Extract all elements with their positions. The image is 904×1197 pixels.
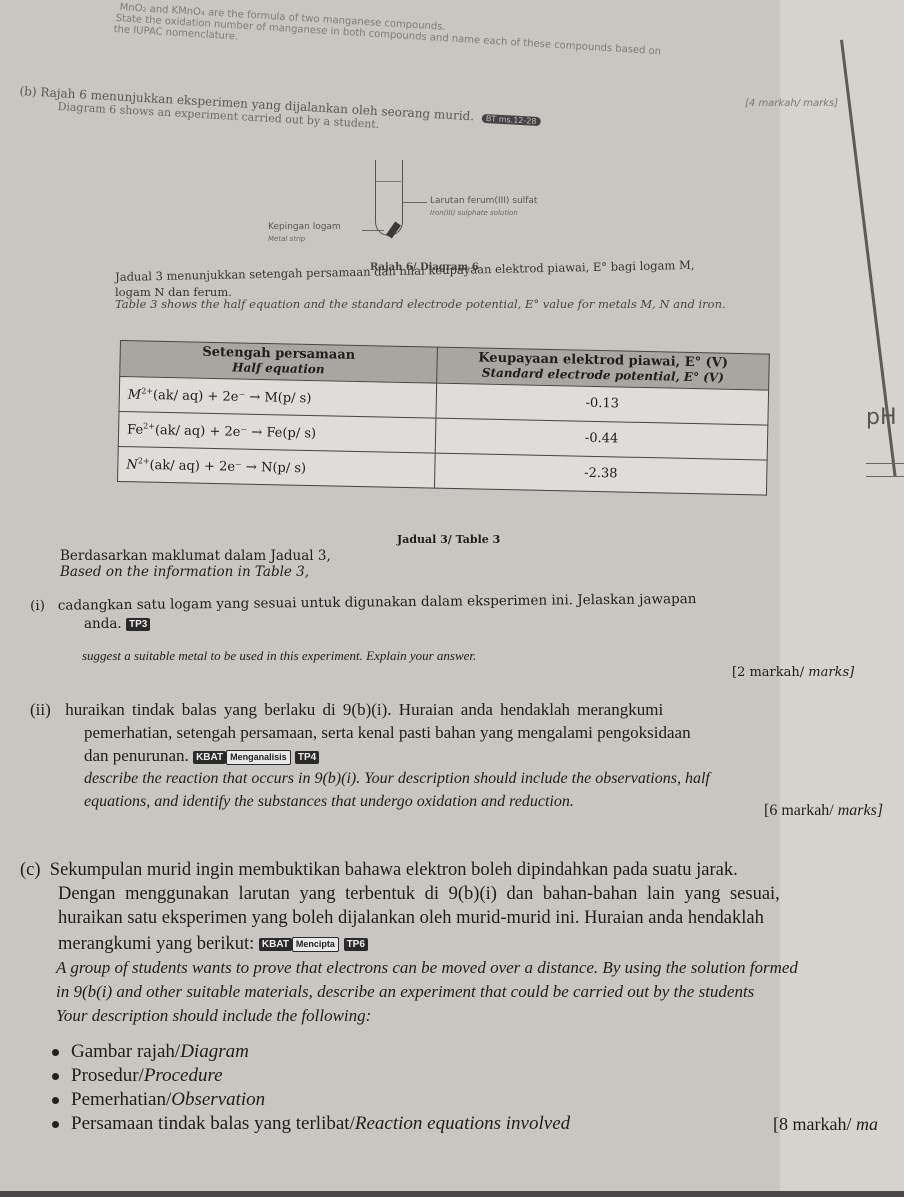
table-caption: Jadual 3/ Table 3: [397, 533, 500, 546]
question-ii-en-cont: equations, and identify the substances t…: [84, 793, 574, 811]
part-c-marks: [8 markah/ ma: [773, 1114, 878, 1135]
table-intro-en: Table 3 shows the half equation and the …: [115, 297, 726, 311]
kbat-badge: KBAT: [259, 938, 292, 951]
solution-label-ms: Larutan ferum(III) sulfat: [430, 196, 537, 206]
part-b-label: (b): [19, 84, 37, 99]
list-item: Prosedur/ Procedure: [52, 1064, 570, 1088]
bullet-icon: [52, 1121, 59, 1128]
question-i: (i) cadangkan satu logam yang sesuai unt…: [30, 591, 697, 614]
part-c: (c) Sekumpulan murid ingin membuktikan b…: [20, 860, 738, 881]
question-i-label: (i): [30, 598, 45, 614]
bullet-icon: [52, 1073, 59, 1080]
skill-badge: Menganalisis: [226, 750, 291, 765]
skill-badge: Mencipta: [292, 937, 339, 952]
background-sheet: [780, 0, 904, 1197]
bullet-icon: [52, 1097, 59, 1104]
question-ii-en: describe the reaction that occurs in 9(b…: [84, 770, 710, 788]
page-ref-badge: BT ms.12-28: [482, 114, 541, 126]
list-item: Pemerhatian/Observation: [52, 1088, 570, 1112]
part-c-en: Your description should include the foll…: [56, 1006, 371, 1026]
solution-label-en: Iron(III) sulphate solution: [430, 209, 518, 217]
bullet-icon: [52, 1049, 59, 1056]
question-ii-marks: [6 markah/ marks]: [764, 802, 883, 820]
strip-pointer: [362, 230, 384, 231]
part-c-ms: Dengan menggunakan larutan yang terbentu…: [58, 884, 780, 905]
kbat-badge: KBAT: [193, 751, 226, 764]
question-ii: (ii) huraikan tindak balas yang berlaku …: [30, 700, 663, 720]
background-scribble: pH: [866, 405, 897, 430]
question-ii-ms: pemerhatian, setengah persamaan, serta k…: [84, 723, 691, 743]
half-equation-cell: N2+(ak/ aq) + 2e⁻ → N(p/ s): [118, 446, 436, 488]
background-rule: [866, 463, 904, 464]
tp4-badge: TP4: [295, 751, 319, 764]
based-on-en: Based on the information in Table 3,: [60, 564, 309, 580]
part-c-en: A group of students wants to prove that …: [56, 958, 798, 978]
tp6-badge: TP6: [344, 938, 368, 951]
prior-question-marks: [4 markah/ marks]: [745, 98, 838, 109]
solution-pointer: [403, 202, 427, 203]
question-i-ms: cadangkan satu logam yang sesuai untuk d…: [58, 591, 697, 614]
based-on-ms: Berdasarkan maklumat dalam Jadual 3,: [60, 548, 331, 564]
list-item: Gambar rajah/ Diagram: [52, 1040, 570, 1064]
tp3-badge: TP3: [126, 618, 150, 631]
page-bottom-edge: [0, 1191, 904, 1197]
list-item: Persamaan tindak balas yang terlibat/ Re…: [52, 1112, 570, 1136]
strip-label-en: Metal strip: [268, 235, 305, 243]
potential-value: -2.38: [434, 453, 767, 495]
requirements-list: Gambar rajah/ Diagram Prosedur/ Procedur…: [52, 1040, 570, 1136]
part-c-en: in 9(b(i) and other suitable materials, …: [56, 982, 754, 1002]
strip-label-ms: Kepingan logam: [268, 222, 341, 232]
part-c-ms: huraikan satu eksperimen yang boleh dija…: [58, 908, 764, 929]
question-i-en: suggest a suitable metal to be used in t…: [82, 648, 476, 664]
question-i-marks: [2 markah/ marks]: [732, 665, 854, 680]
table-3: Setengah persamaan Half equation Keupaya…: [117, 340, 770, 495]
background-rule: [866, 476, 904, 477]
